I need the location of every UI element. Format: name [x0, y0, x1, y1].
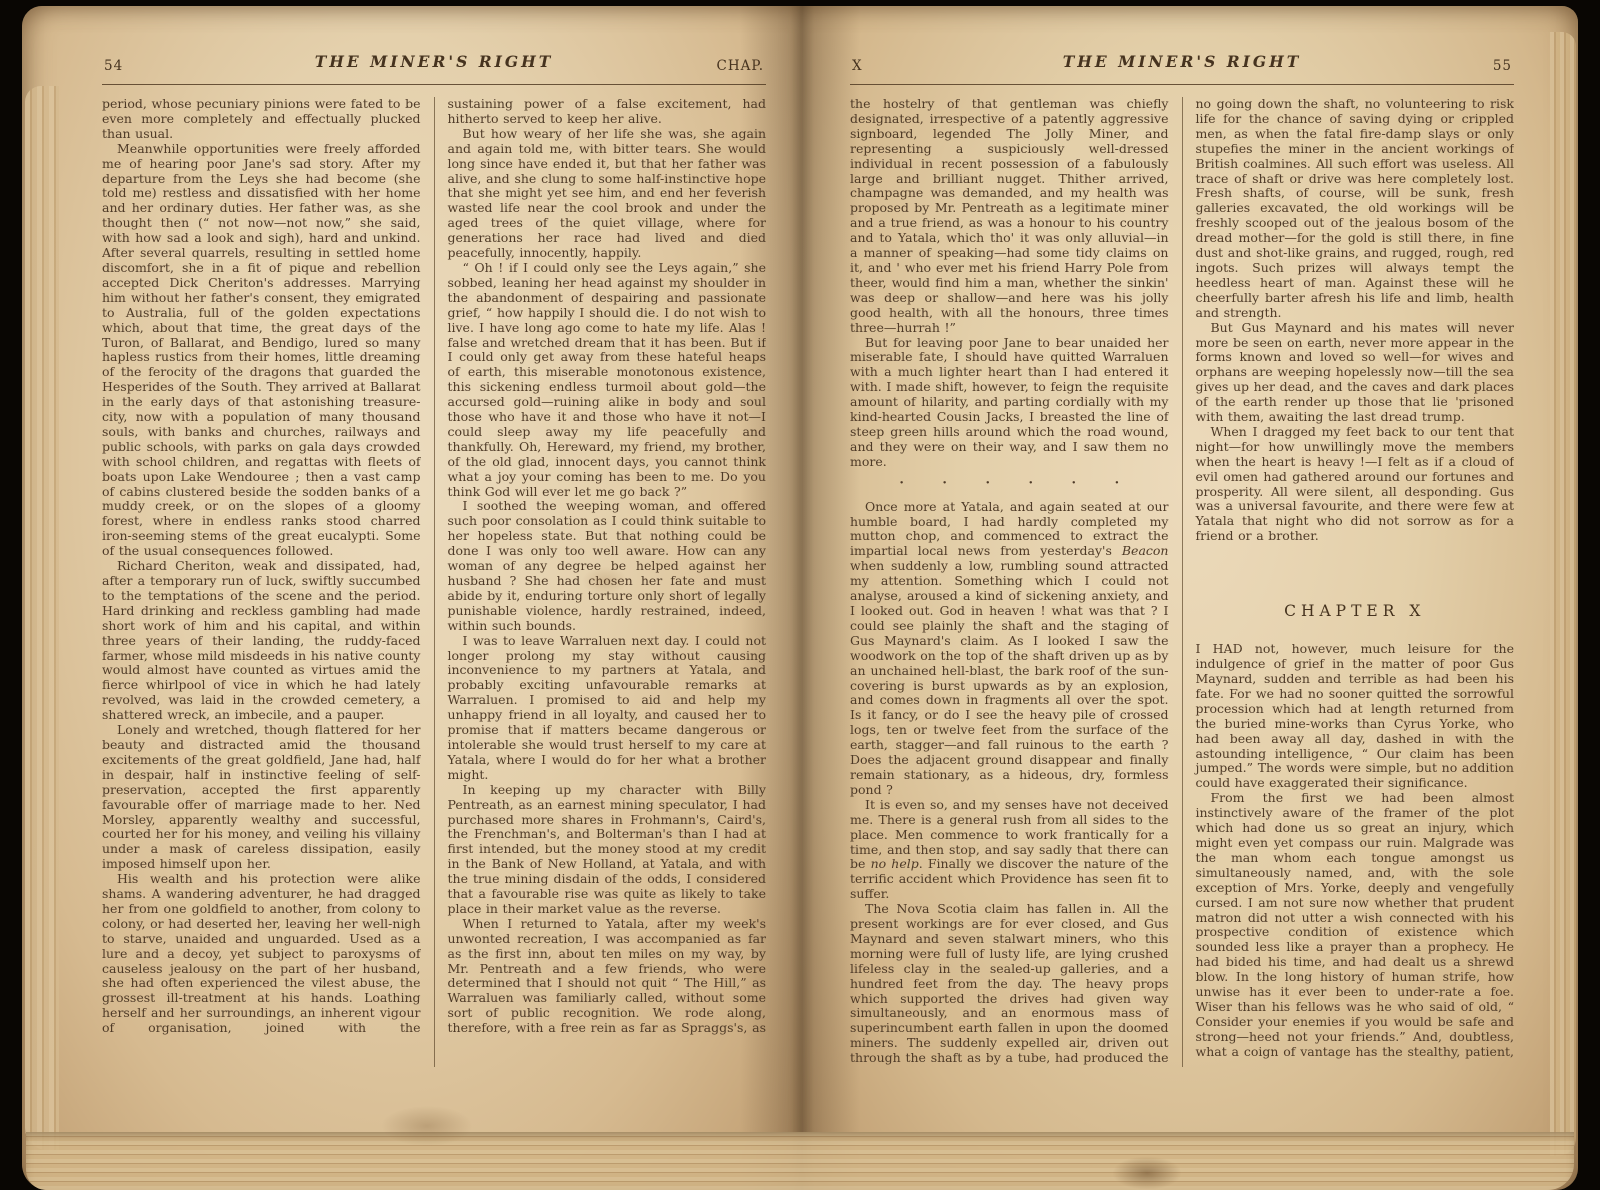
- left-page-text-block: 54 THE MINER'S RIGHT CHAP. period, whose…: [102, 52, 766, 1067]
- paragraph: His wealth and his protection were alike…: [102, 872, 421, 1036]
- page-edges-left: [25, 86, 59, 1150]
- page-edges-right: [1550, 32, 1576, 1156]
- paragraph: I was to leave Warraluen next day. I cou…: [448, 634, 767, 783]
- right-header-rule: [850, 84, 1514, 85]
- paragraph: The Nova Scotia claim has fallen in. All…: [850, 902, 1169, 1067]
- right-page-columns: the hostelry of that gentleman was chief…: [850, 97, 1514, 1067]
- left-page-header: 54 THE MINER'S RIGHT CHAP.: [102, 52, 766, 82]
- paragraph: It is even so, and my senses have not de…: [850, 798, 1169, 902]
- right-page-column-1: the hostelry of that gentleman was chief…: [850, 97, 1169, 1067]
- paragraph: But for leaving poor Jane to bear unaide…: [850, 336, 1169, 470]
- paragraph: I soothed the weeping woman, and offered…: [448, 499, 767, 633]
- paragraph: Richard Cheriton, weak and dissipated, h…: [102, 559, 421, 723]
- page-edges-bottom: [26, 1132, 1574, 1190]
- paragraph: “ Oh ! if I could only see the Leys agai…: [448, 261, 767, 500]
- left-header-rule: [102, 84, 766, 85]
- right-page-column-2: no going down the shaft, no volunteering…: [1182, 97, 1515, 1067]
- right-page-text-block: X THE MINER'S RIGHT 55 the hostelry of t…: [850, 52, 1514, 1067]
- left-page-column-1: period, whose pecuniary pinions were fat…: [102, 97, 421, 1067]
- section-break-dots: · · · · · ·: [850, 477, 1169, 491]
- right-page-header: X THE MINER'S RIGHT 55: [850, 52, 1514, 82]
- right-page-number: 55: [1493, 58, 1512, 74]
- chapter-heading: CHAPTER X: [1196, 602, 1515, 620]
- paragraph: Lonely and wretched, though flattered fo…: [102, 723, 421, 872]
- paragraph: But how weary of her life she was, she a…: [448, 127, 767, 261]
- running-title-right: THE MINER'S RIGHT: [850, 52, 1514, 71]
- left-chapter-mark: CHAP.: [717, 58, 765, 74]
- left-page-columns: period, whose pecuniary pinions were fat…: [102, 97, 766, 1067]
- book-page-right: X THE MINER'S RIGHT 55 the hostelry of t…: [800, 6, 1578, 1190]
- open-book: 54 THE MINER'S RIGHT CHAP. period, whose…: [22, 6, 1578, 1190]
- book-page-left: 54 THE MINER'S RIGHT CHAP. period, whose…: [22, 6, 800, 1190]
- paragraph: the hostelry of that gentleman was chief…: [850, 97, 1169, 336]
- paragraph: I HAD not, however, much leisure for the…: [1196, 642, 1515, 791]
- running-title-left: THE MINER'S RIGHT: [102, 52, 766, 71]
- paragraph: Meanwhile opportunities were freely affo…: [102, 142, 421, 559]
- paragraph: When I dragged my feet back to our tent …: [1196, 425, 1515, 544]
- paragraph: When I returned to Yatala, after my week…: [448, 917, 767, 1036]
- paragraph: In keeping up my character with Billy Pe…: [448, 783, 767, 917]
- paragraph: period, whose pecuniary pinions were fat…: [102, 97, 421, 142]
- paragraph: Once more at Yatala, and again seated at…: [850, 500, 1169, 798]
- paragraph: no going down the shaft, no volunteering…: [1196, 97, 1515, 321]
- paragraph: But Gus Maynard and his mates will never…: [1196, 321, 1515, 425]
- paragraph: sustaining power of a false excitement, …: [448, 97, 767, 127]
- left-page-column-2: sustaining power of a false excitement, …: [434, 97, 767, 1067]
- paragraph: From the first we had been almost instin…: [1196, 791, 1515, 1059]
